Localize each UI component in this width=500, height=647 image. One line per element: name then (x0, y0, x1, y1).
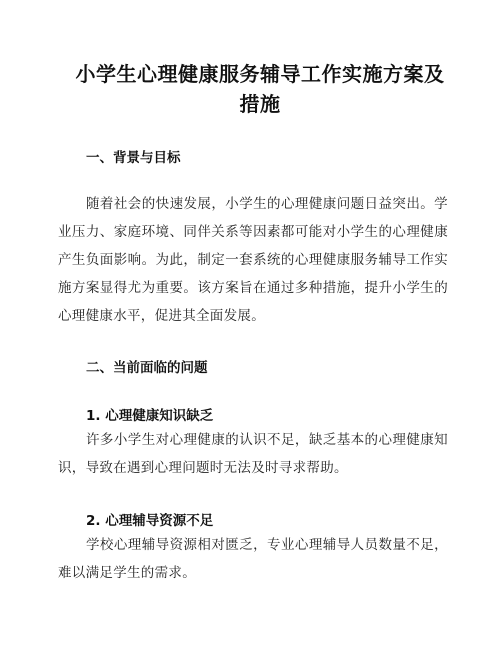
document-title-line-1: 小学生心理健康服务辅导工作实施方案及 (60, 61, 460, 87)
section-paragraph-background: 随着社会的快速发展，小学生的心理健康问题日益突出。学业压力、家庭环境、同伴关系等… (58, 190, 448, 330)
subsection-paragraph-knowledge: 许多小学生对心理健康的认识不足，缺乏基本的心理健康知识，导致在遇到心理问题时无法… (58, 426, 448, 482)
document-page: 小学生心理健康服务辅导工作实施方案及 措施 一、背景与目标 随着社会的快速发展，… (0, 0, 500, 647)
document-title-line-2: 措施 (60, 91, 460, 117)
section-heading-problems: 二、当前面临的问题 (86, 356, 208, 376)
subsection-paragraph-resources: 学校心理辅导资源相对匮乏，专业心理辅导人员数量不足，难以满足学生的需求。 (58, 531, 448, 587)
subsection-heading-resources: 2. 心理辅导资源不足 (86, 509, 213, 529)
subsection-heading-knowledge: 1. 心理健康知识缺乏 (86, 404, 213, 424)
section-heading-background: 一、背景与目标 (86, 146, 181, 166)
